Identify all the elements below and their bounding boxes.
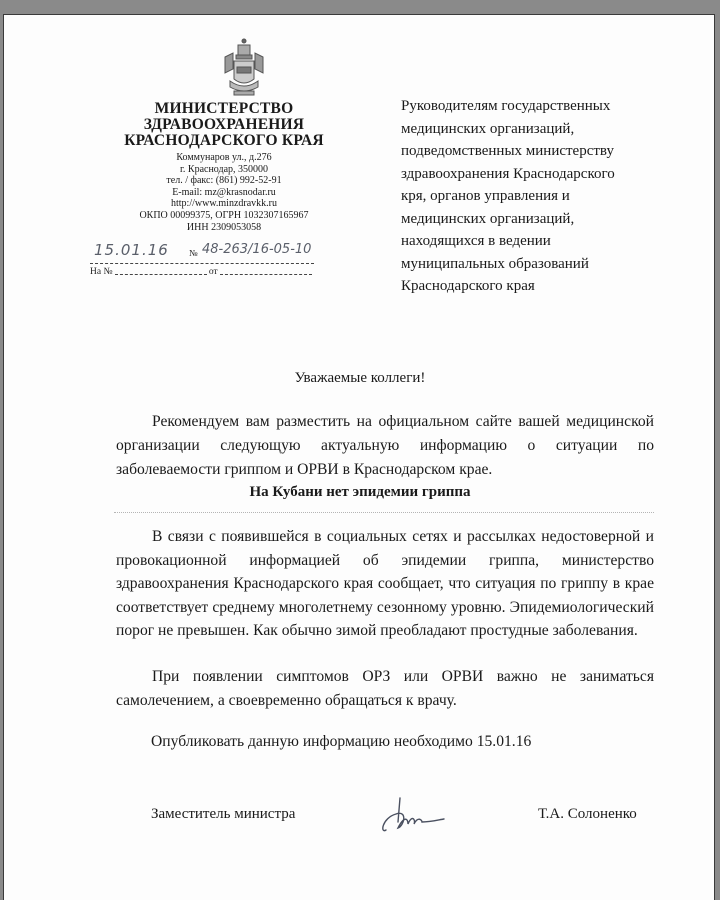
number-symbol: № <box>189 248 198 258</box>
recipient-line: кря, органов управления и <box>401 185 701 208</box>
handwritten-signature-icon <box>378 792 448 838</box>
recipient-line: Руководителям государственных <box>401 95 701 118</box>
coat-of-arms-icon <box>222 37 266 101</box>
paragraph-recommendation: Рекомендуем вам разместить на официально… <box>116 410 654 482</box>
inn: ИНН 2309053058 <box>74 222 374 234</box>
handwritten-date: 15.01.16 <box>94 241 169 259</box>
ministry-contact-info: Коммунаров ул., д.276 г. Краснодар, 3500… <box>74 152 374 233</box>
phone-fax: тел. / факс: (861) 992-52-91 <box>74 175 374 187</box>
announcement-heading: На Кубани нет эпидемии гриппа <box>4 484 716 501</box>
paragraph-text: При появлении симптомов ОРЗ или ОРВИ важ… <box>116 665 654 712</box>
document-page: МИНИСТЕРСТВО ЗДРАВООХРАНЕНИЯ КРАСНОДАРСК… <box>3 14 715 900</box>
ministry-name: МИНИСТЕРСТВО ЗДРАВООХРАНЕНИЯ КРАСНОДАРСК… <box>74 101 374 149</box>
greeting: Уважаемые коллеги! <box>4 370 716 387</box>
recipient-line: медицинских организаций, <box>401 208 701 231</box>
signer-position: Заместитель министра <box>151 806 295 823</box>
recipient-line: находящихся в ведении <box>401 230 701 253</box>
recipient-line: здравоохранения Краснодарского <box>401 163 701 186</box>
website: http://www.minzdravkk.ru <box>74 198 374 210</box>
recipient-line: муниципальных образований <box>401 253 701 276</box>
email: E-mail: mz@krasnodar.ru <box>74 187 374 199</box>
handwritten-outgoing-number: 48-263/16-05-10 <box>202 242 311 257</box>
signer-name: Т.А. Солоненко <box>538 806 637 823</box>
address-city: г. Краснодар, 350000 <box>74 164 374 176</box>
recipient-line: Краснодарского края <box>401 275 701 298</box>
ref-from-label: от <box>209 267 218 277</box>
ministry-name-line: ЗДРАВООХРАНЕНИЯ <box>74 117 374 133</box>
address-street: Коммунаров ул., д.276 <box>74 152 374 164</box>
ref-number-label: На № <box>90 267 113 277</box>
paragraph-advice: При появлении симптомов ОРЗ или ОРВИ важ… <box>116 665 654 712</box>
ministry-name-line: МИНИСТЕРСТВО <box>74 101 374 117</box>
paragraph-text: Рекомендуем вам разместить на официально… <box>116 410 654 482</box>
ref-number-blank <box>115 274 207 275</box>
ministry-name-line: КРАСНОДАРСКОГО КРАЯ <box>74 133 374 149</box>
recipient-block: Руководителям государственных медицински… <box>401 95 701 298</box>
okpo-ogrn: ОКПО 00099375, ОГРН 1032307165967 <box>74 210 374 222</box>
ministry-letterhead: МИНИСТЕРСТВО ЗДРАВООХРАНЕНИЯ КРАСНОДАРСК… <box>74 101 374 233</box>
publish-deadline-note: Опубликовать данную информацию необходим… <box>151 733 531 751</box>
paragraph-text: В связи с появившейся в социальных сетях… <box>116 525 654 643</box>
outgoing-registration-line: 15.01.16 № 48-263/16-05-10 <box>90 241 314 264</box>
recipient-line: медицинских организаций, <box>401 118 701 141</box>
recipient-line: подведомственных министерству <box>401 140 701 163</box>
reference-line: На № от <box>90 267 314 277</box>
divider <box>114 512 654 513</box>
ref-date-blank <box>220 274 312 275</box>
paragraph-situation: В связи с появившейся в социальных сетях… <box>116 525 654 643</box>
